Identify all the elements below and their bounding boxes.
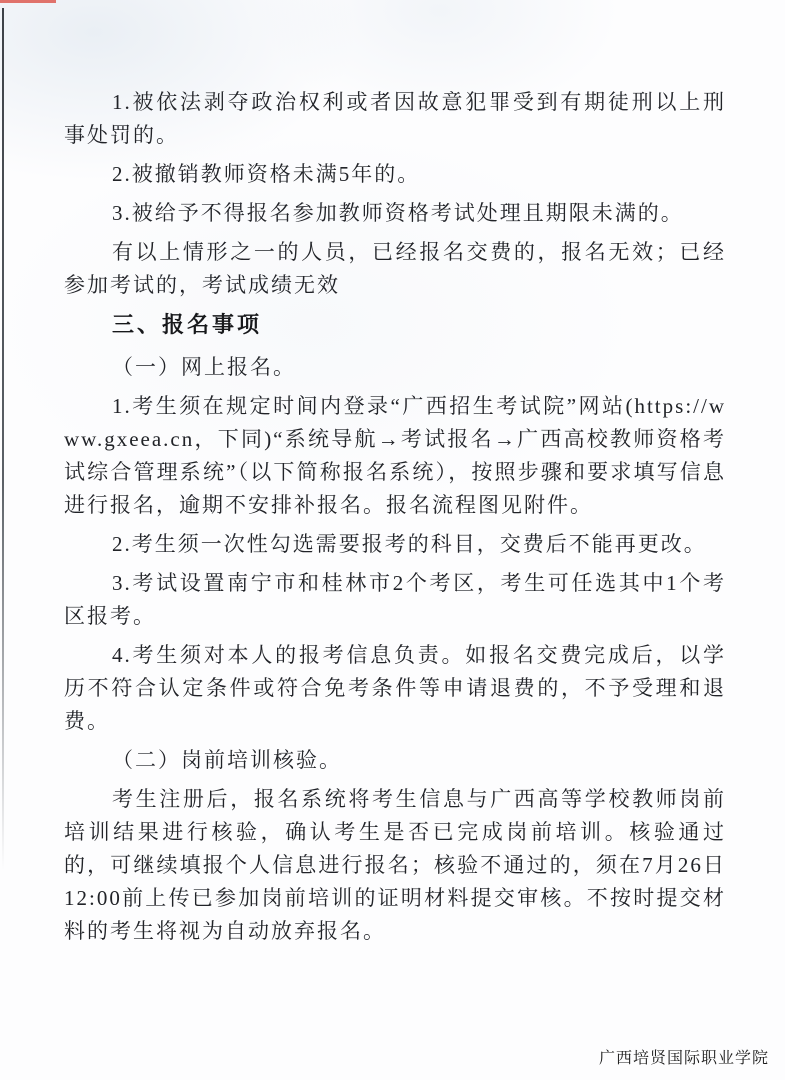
- document-body: 1.被依法剥夺政治权利或者因故意犯罪受到有期徒刑以上刑事处罚的。 2.被撤销教师…: [64, 86, 726, 954]
- footer-watermark: 广西培贤国际职业学院: [599, 1045, 769, 1068]
- paragraph-registration-step-2: 2.考生须一次性勾选需要报考的科目，交费后不能再更改。: [64, 528, 726, 561]
- paragraph-prohibition-1: 1.被依法剥夺政治权利或者因故意犯罪受到有期徒刑以上刑事处罚的。: [64, 86, 726, 152]
- paragraph-prohibition-3: 3.被给予不得报名参加教师资格考试处理且期限未满的。: [64, 197, 726, 230]
- scan-edge-line: [2, 8, 4, 870]
- subsection-online-registration: （一）网上报名。: [64, 351, 726, 384]
- paragraph-registration-step-4: 4.考生须对本人的报考信息负责。如报名交费完成后，以学历不符合认定条件或符合免考…: [64, 639, 726, 738]
- paragraph-invalid-note: 有以上情形之一的人员，已经报名交费的，报名无效；已经参加考试的，考试成绩无效: [64, 236, 726, 302]
- paragraph-registration-step-1: 1.考生须在规定时间内登录“广西招生考试院”网站(https://www.gxe…: [64, 390, 726, 522]
- paragraph-pretraining-detail: 考生注册后，报名系统将考生信息与广西高等学校教师岗前培训结果进行核验，确认考生是…: [64, 783, 726, 948]
- paragraph-prohibition-2: 2.被撤销教师资格未满5年的。: [64, 158, 726, 191]
- scan-red-line: [0, 0, 56, 3]
- paragraph-registration-step-3: 3.考试设置南宁市和桂林市2个考区，考生可任选其中1个考区报考。: [64, 567, 726, 633]
- section-heading-registration: 三、报名事项: [64, 308, 726, 341]
- subsection-pretraining-check: （二）岗前培训核验。: [64, 744, 726, 777]
